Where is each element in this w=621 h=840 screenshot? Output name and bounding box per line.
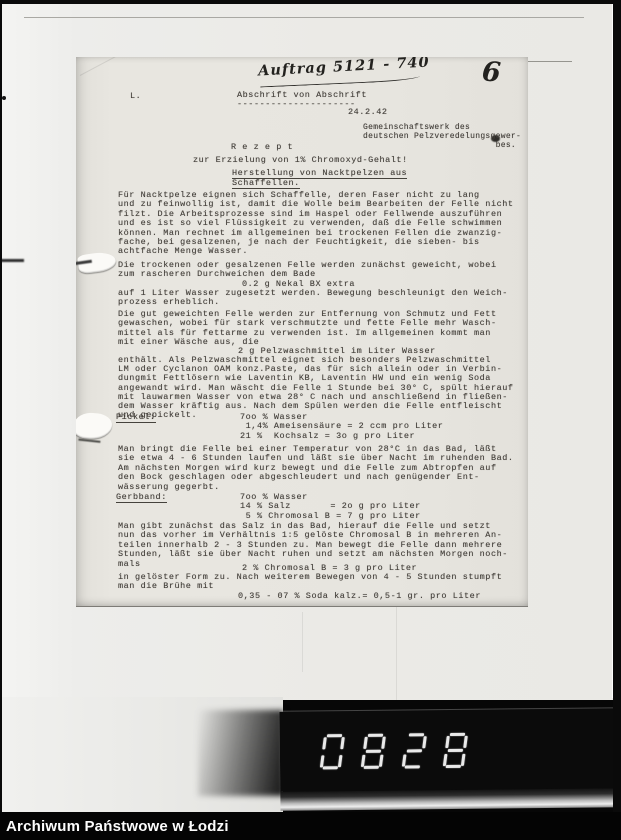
paper-crease bbox=[302, 612, 303, 672]
counter-digit bbox=[402, 733, 428, 768]
counter-digit bbox=[361, 734, 387, 769]
paragraph-2b: auf 1 Liter Wasser zugesetzt werden. Bew… bbox=[118, 289, 508, 308]
paragraph-3a: Die gut geweichten Felle werden zur Entf… bbox=[118, 310, 497, 348]
recipe-title: R e z e p t bbox=[231, 143, 293, 152]
gerbband-label: Gerbband: bbox=[116, 493, 167, 503]
photo-border-right bbox=[613, 0, 621, 840]
paragraph-5: Man gibt zunächst das Salz in das Bad, h… bbox=[118, 522, 508, 569]
paper-crease bbox=[396, 600, 397, 700]
paragraph-2a: Die trockenen oder gesalzenen Felle werd… bbox=[118, 261, 497, 280]
paragraph-4: Man bringt die Felle bei einer Temperatu… bbox=[118, 445, 514, 492]
metal-strip bbox=[280, 788, 621, 811]
paragraph-6: in gelöster Form zu. Nach weiterem Beweg… bbox=[118, 573, 502, 592]
document-page: Auftrag 5121 - 740 6 L. Abschrift von Ab… bbox=[76, 57, 528, 607]
pickel-recipe: 7oo % Wasser 1,4% Ameisensäure = 2 ccm p… bbox=[240, 413, 443, 441]
section-heading-line2: Schaffellen. bbox=[232, 179, 300, 189]
archive-watermark: Archiwum Państwowe w Łodzi bbox=[6, 818, 229, 835]
scan-hairline bbox=[24, 17, 584, 18]
gerbband-recipe: 7oo % Wasser 14 % Salz = 2o g pro Liter … bbox=[240, 493, 421, 521]
counter-housing bbox=[279, 708, 621, 792]
torn-patch bbox=[76, 411, 113, 441]
handwritten-page-number: 6 bbox=[481, 57, 502, 89]
recipe-subtitle: zur Erzielung von 1% Chromoxyd-Gehalt! bbox=[193, 156, 408, 165]
paragraph-3b: enthält. Als Pelzwaschmittel eignet sich… bbox=[118, 356, 514, 420]
frame-counter-device bbox=[279, 708, 621, 812]
pickel-label: Pickel: bbox=[116, 413, 156, 423]
archive-photo: Auftrag 5121 - 740 6 L. Abschrift von Ab… bbox=[0, 0, 621, 840]
edge-speck bbox=[2, 96, 6, 100]
photo-border-left bbox=[0, 0, 2, 840]
counter-digit bbox=[443, 733, 469, 768]
margin-letter: L. bbox=[130, 92, 141, 101]
counter-digit bbox=[320, 734, 346, 769]
paragraph-1: Für Nacktpelze eignen sich Schaffelle, d… bbox=[118, 191, 514, 257]
counter-shadow bbox=[198, 710, 284, 796]
photo-border-top bbox=[0, 0, 621, 4]
torn-patch bbox=[77, 250, 117, 274]
scan-hairline-short bbox=[528, 61, 572, 62]
formula-soda: 0,35 - 07 % Soda kalz.= 0,5-1 gr. pro Li… bbox=[238, 592, 481, 601]
edge-smudge bbox=[0, 259, 24, 262]
copy-heading-dashes: --------------------- bbox=[237, 100, 356, 109]
fold-crease bbox=[80, 57, 185, 76]
date: 24.2.42 bbox=[348, 108, 388, 117]
watermark-bar: Archiwum Państwowe w Łodzi bbox=[0, 812, 621, 840]
org-block: Gemeinschaftswerk des deutschen Pelzvere… bbox=[363, 123, 521, 151]
seven-segment-display bbox=[322, 733, 466, 770]
